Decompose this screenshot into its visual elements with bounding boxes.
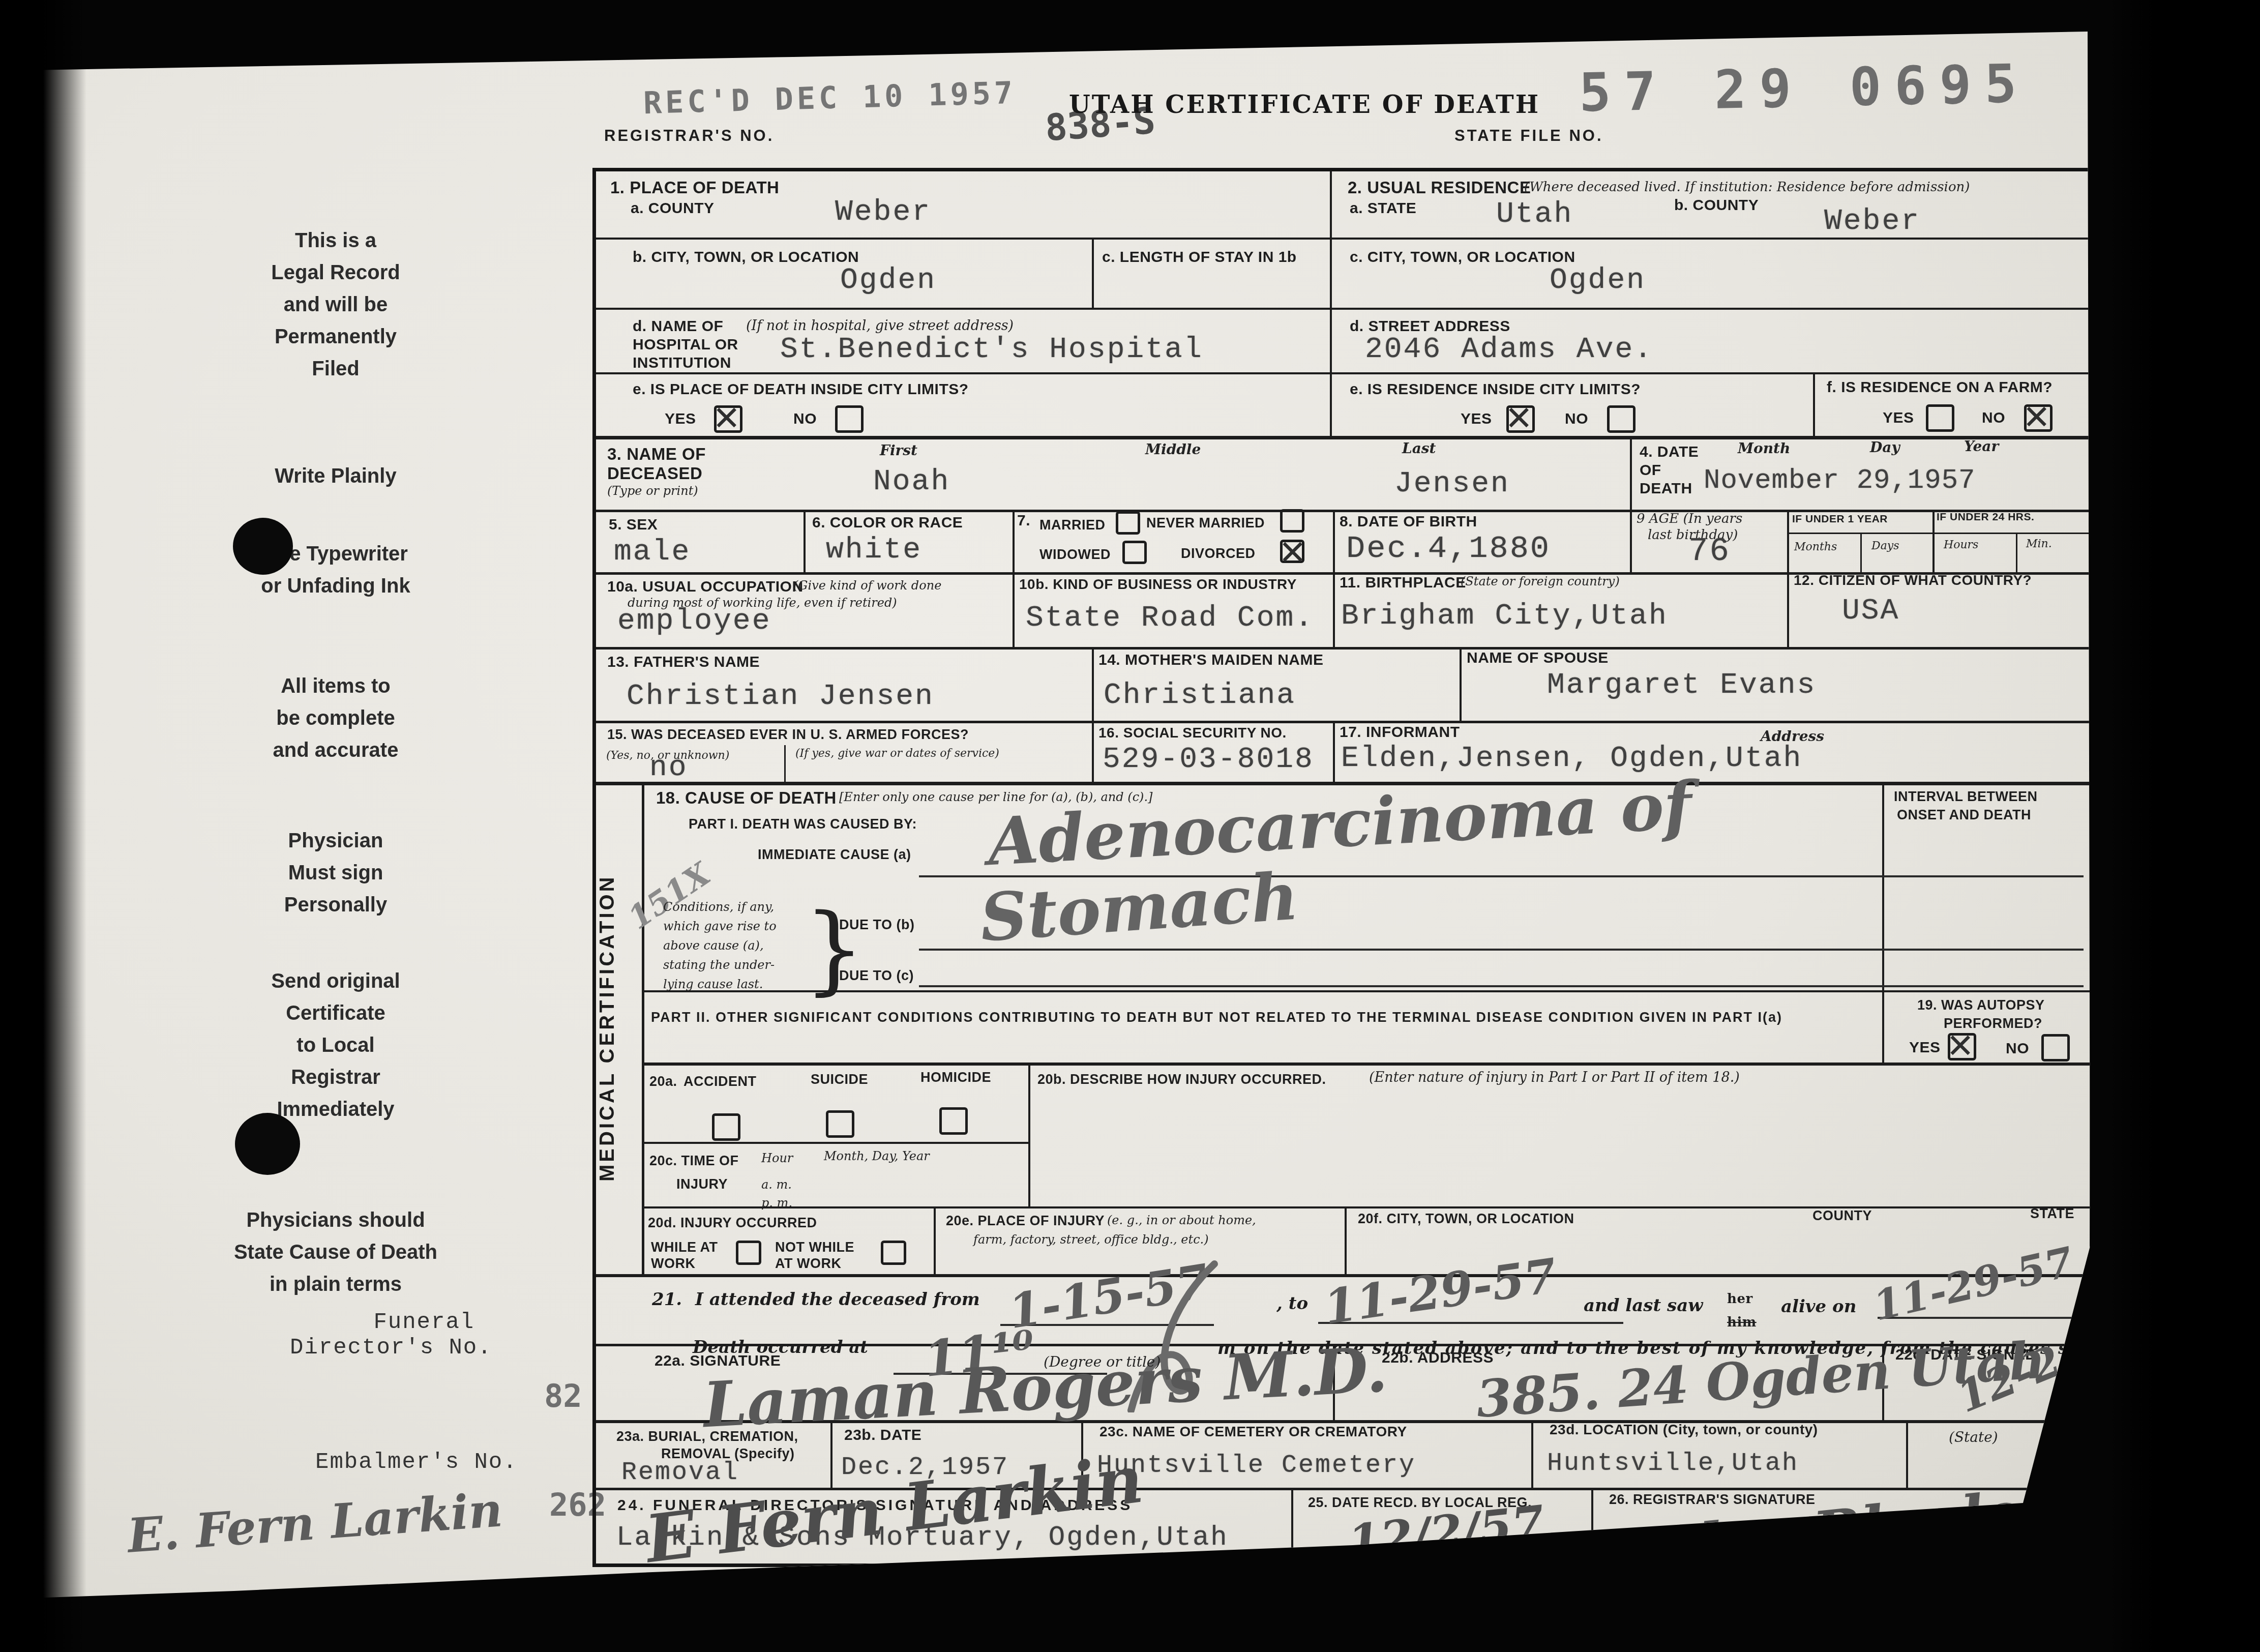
attended-num: 21. — [652, 1289, 682, 1310]
grid-line — [1591, 1488, 1593, 1563]
birthplace-note: (State or foreign country) — [1461, 574, 1620, 588]
cemetery-location-label: 23d. LOCATION (City, town, or county) — [1550, 1422, 1818, 1437]
county-label: a. COUNTY — [631, 200, 715, 217]
no-label: NO — [1565, 410, 1588, 428]
conditions-note-2: which gave rise to — [663, 919, 777, 933]
medical-certification-label: MEDICAL CERTIFICATION — [596, 782, 642, 1274]
hours-header: Hours — [1944, 539, 1978, 551]
res-farm-no-checkbox — [2024, 404, 2053, 432]
last-seen-handwriting: 11-29-57 — [1869, 1237, 2078, 1330]
mother-name-label: 14. MOTHER'S MAIDEN NAME — [1098, 652, 1324, 669]
grid-line — [1345, 1206, 1347, 1274]
last-name-value: Jensen — [1394, 467, 1510, 500]
burial-date-label: 23b. DATE — [844, 1427, 921, 1444]
no-label: NO — [1982, 409, 2005, 427]
date-of-birth-label: 8. DATE OF BIRTH — [1340, 513, 1477, 530]
min-header: Min. — [2026, 538, 2052, 550]
faint-year-stamp: 1957 — [822, 20, 891, 58]
due-to-c-label: DUE TO (c) — [839, 968, 914, 983]
death-city-limits-no-checkbox — [835, 405, 864, 433]
date-of-death-label-3: DEATH — [1640, 480, 1692, 497]
grid-line — [1092, 238, 1094, 308]
margin-send-original: Send original Certificate to Local Regis… — [198, 965, 473, 1126]
business-label: 10b. KIND OF BUSINESS OR INDUSTRY — [1019, 576, 1297, 592]
grid-line — [1813, 372, 1815, 436]
homicide-label: HOMICIDE — [920, 1070, 991, 1085]
first-header: First — [880, 442, 917, 459]
grid-line — [1531, 1420, 1533, 1488]
first-name-value: Noah — [873, 465, 950, 498]
city-label: b. CITY, TOWN, OR LOCATION — [633, 249, 859, 266]
pm-label: p. m. — [761, 1196, 792, 1210]
scanned-photo: 1957 REC'D DEC 10 1957 838-S REGISTRAR'S… — [0, 0, 2260, 1652]
hospital-value: St.Benedict's Hospital — [780, 333, 1203, 366]
under-24-hrs-label: IF UNDER 24 HRS. — [1937, 511, 2034, 523]
burial-label-1: 23a. BURIAL, CREMATION, — [616, 1429, 798, 1444]
due-to-b-label: DUE TO (b) — [839, 917, 915, 932]
occupation-label: 10a. USUAL OCCUPATION — [607, 578, 804, 596]
armed-forces-note-2: (If yes, give war or dates of service) — [795, 747, 999, 760]
injury-state-label: STATE — [2030, 1206, 2074, 1221]
age-value: 76 — [1688, 534, 1731, 570]
color-race-label: 6. COLOR OR RACE — [812, 514, 963, 532]
state-note: (State) — [1949, 1429, 1998, 1445]
homicide-checkbox — [939, 1107, 968, 1135]
am-label: a. m. — [761, 1177, 792, 1192]
accident-label: ACCIDENT — [683, 1074, 757, 1089]
grid-line — [1013, 510, 1015, 572]
never-married-checkbox — [1280, 509, 1304, 533]
res-city-limits-label: e. IS RESIDENCE INSIDE CITY LIMITS? — [1350, 381, 1641, 398]
accident-row-num: 20a. — [649, 1074, 677, 1089]
spouse-value: Margaret Evans — [1547, 669, 1816, 702]
hospital-label-1: d. NAME OF — [633, 318, 723, 335]
state-file-label: STATE FILE NO. — [1454, 127, 1603, 145]
date-of-death-label: 4. DATE — [1640, 444, 1699, 461]
conditions-note-4: stating the under- — [663, 958, 775, 972]
grid-line — [1333, 572, 1335, 647]
yes-label: YES — [665, 410, 696, 428]
margin-typewriter: Use Typewriter or Unfading Ink — [183, 538, 488, 602]
conditions-brace: } — [804, 893, 865, 1005]
grid-line — [596, 782, 2090, 785]
registrar-signature: Arley Rhodes L. — [1621, 1466, 2138, 1588]
place-of-injury-note-1: (e. g., in or about home, — [1107, 1213, 1256, 1227]
describe-injury-note: (Enter nature of injury in Part I or Par… — [1369, 1070, 1740, 1085]
married-label: MARRIED — [1039, 517, 1106, 533]
cemetery-label: 23c. NAME OF CEMETERY OR CREMATORY — [1099, 1424, 1407, 1439]
yes-label: YES — [1883, 409, 1914, 427]
her-label: her — [1727, 1291, 1753, 1307]
grid-line — [1013, 572, 1015, 647]
months-header: Months — [1794, 541, 1837, 553]
hospital-label-2: HOSPITAL OR — [633, 336, 738, 353]
armed-forces-value: no — [649, 751, 688, 784]
citizen-label: 12. CITIZEN OF WHAT COUNTRY? — [1794, 572, 2032, 588]
grid-line — [804, 510, 806, 572]
grid-line — [596, 1274, 2090, 1277]
grid-line — [642, 1063, 2090, 1066]
birthplace-label: 11. BIRTHPLACE — [1340, 574, 1466, 592]
autopsy-no-checkbox — [2041, 1034, 2070, 1061]
informant-value: Elden,Jensen, Ogden,Utah — [1341, 742, 1802, 775]
name-of-deceased-label-2: DECEASED — [607, 464, 702, 483]
res-city-label: c. CITY, TOWN, OR LOCATION — [1350, 249, 1575, 266]
day-header: Day — [1870, 439, 1900, 456]
usual-residence-title: 2. USUAL RESIDENCE — [1348, 179, 1531, 197]
type-or-print-note: (Type or print) — [607, 484, 698, 498]
county-value: Weber — [835, 196, 931, 229]
grid-line — [596, 436, 2090, 439]
grid-line — [934, 1206, 936, 1274]
conditions-note-3: above cause (a), — [663, 938, 764, 953]
mother-name-value: Christiana — [1104, 679, 1296, 712]
suicide-checkbox — [826, 1110, 854, 1138]
grid-line — [1092, 721, 1094, 782]
cause-of-death-title: 18. CAUSE OF DEATH — [656, 789, 837, 808]
length-of-stay-label: c. LENGTH OF STAY IN 1b — [1102, 249, 1297, 266]
grid-line — [1787, 572, 1789, 647]
while-at-work-label-1: WHILE AT — [651, 1240, 718, 1255]
date-of-death-label-2: OF — [1640, 462, 1661, 479]
state-value: Utah — [1496, 198, 1573, 231]
attended-text-1: I attended the deceased from — [695, 1289, 980, 1310]
part1-label: PART I. DEATH WAS CAUSED BY: — [689, 816, 917, 832]
date-of-death-value: November 29,1957 — [1704, 465, 1975, 496]
margin-write-plainly: Write Plainly — [198, 460, 473, 492]
grid-line — [1333, 721, 1335, 782]
ssn-value: 529-03-8018 — [1103, 743, 1314, 776]
color-race-value: white — [826, 534, 922, 567]
name-of-deceased-label: 3. NAME OF — [607, 445, 706, 464]
grid-line — [1630, 436, 1632, 510]
certificate-title: UTAH CERTIFICATE OF DEATH — [1069, 91, 1540, 119]
conditions-note-1: Conditions, if any, — [663, 900, 774, 914]
month-header: Month — [1738, 440, 1790, 457]
res-city-limits-yes-checkbox — [1506, 405, 1535, 433]
address-label: 22b. ADDRESS — [1382, 1349, 1494, 1367]
res-county-value: Weber — [1824, 205, 1920, 238]
part2-label: PART II. OTHER SIGNIFICANT CONDITIONS CO… — [651, 1010, 1782, 1025]
grid-line — [642, 1142, 1028, 1144]
month-day-year-header: Month, Day, Year — [824, 1149, 930, 1163]
birthplace-value: Brigham City,Utah — [1341, 600, 1668, 633]
widowed-label: WIDOWED — [1039, 547, 1111, 562]
no-label: NO — [2006, 1040, 2029, 1057]
last-header: Last — [1402, 440, 1436, 457]
divorced-checkbox — [1280, 540, 1304, 563]
grid-line — [1333, 510, 1335, 572]
place-of-injury-label: 20e. PLACE OF INJURY — [946, 1213, 1105, 1228]
describe-injury-label: 20b. DESCRIBE HOW INJURY OCCURRED. — [1037, 1072, 1326, 1087]
received-date-stamp: REC'D DEC 10 1957 — [643, 75, 1017, 121]
citizen-value: USA — [1842, 595, 1899, 628]
injury-city-label: 20f. CITY, TOWN, OR LOCATION — [1358, 1211, 1574, 1226]
funeral-director-no-label: Funeral Director's No. — [356, 1310, 492, 1361]
margin-physician-sign: Physician Must sign Personally — [198, 825, 473, 921]
father-name-label: 13. FATHER'S NAME — [607, 654, 760, 671]
funeral-director-no-value: 82 — [544, 1377, 582, 1414]
yes-label: YES — [1461, 410, 1492, 428]
res-farm-yes-checkbox — [1926, 404, 1954, 432]
grid-line — [1460, 647, 1462, 721]
grid-line — [1787, 510, 1789, 572]
hospital-label-3: INSTITUTION — [633, 355, 731, 372]
grid-line — [1291, 1488, 1293, 1563]
res-farm-label: f. IS RESIDENCE ON A FARM? — [1827, 379, 2053, 396]
punch-hole — [233, 518, 293, 575]
armed-forces-label: 15. WAS DECEASED EVER IN U. S. ARMED FOR… — [607, 727, 969, 742]
attended-text-4: alive on — [1781, 1296, 1856, 1317]
grid-line — [1787, 533, 2090, 534]
grid-line — [1882, 782, 1884, 1063]
certificate-paper: 1957 REC'D DEC 10 1957 838-S REGISTRAR'S… — [31, 25, 2090, 1628]
grid-line — [1028, 1063, 1030, 1206]
injury-occurred-label: 20d. INJURY OCCURRED — [648, 1215, 817, 1230]
city-value: Ogden — [840, 264, 936, 297]
certificate-form: 1. PLACE OF DEATH a. COUNTY Weber b. CIT… — [592, 168, 2093, 1567]
middle-header: Middle — [1145, 441, 1201, 458]
grid-line — [1092, 647, 1094, 721]
under-1-year-label: IF UNDER 1 YEAR — [1792, 513, 1888, 525]
business-value: State Road Com. — [1026, 602, 1314, 635]
res-county-label: b. COUNTY — [1674, 197, 1759, 214]
state-label: a. STATE — [1350, 200, 1416, 217]
days-header: Days — [1871, 540, 1899, 552]
embalmer-no-label: Embalmer's No. — [315, 1450, 518, 1475]
marital-num: 7. — [1017, 512, 1030, 529]
autopsy-yes-checkbox — [1948, 1033, 1976, 1060]
not-while-at-work-checkbox — [881, 1241, 906, 1265]
time-of-injury-label-1: 20c. TIME OF — [649, 1153, 739, 1168]
attended-text-3: and last saw — [1584, 1295, 1703, 1316]
age-label: 9 AGE (In years — [1637, 511, 1742, 526]
place-of-injury-note-2: farm, factory, street, office bldg., etc… — [973, 1232, 1209, 1247]
cemetery-location-value: Huntsville,Utah — [1547, 1449, 1799, 1478]
immediate-cause-label: IMMEDIATE CAUSE (a) — [758, 847, 911, 862]
divorced-label: DIVORCED — [1181, 546, 1256, 561]
street-address-label: d. STREET ADDRESS — [1350, 318, 1510, 335]
cause-c-line — [919, 985, 2084, 987]
margin-complete: All items to be complete and accurate — [198, 670, 473, 766]
grid-line — [1630, 510, 1632, 572]
occupation-value: employee — [617, 605, 771, 638]
grid-line — [784, 745, 786, 782]
grid-line — [2016, 533, 2017, 572]
grid-line — [1860, 533, 1862, 572]
attended-text-2: , to — [1276, 1293, 1308, 1314]
margin-legal-record: This is a Legal Record and will be Perma… — [198, 225, 473, 385]
ssn-label: 16. SOCIAL SECURITY NO. — [1098, 725, 1287, 741]
not-while-label-1: NOT WHILE — [775, 1240, 854, 1255]
grid-line — [596, 647, 2090, 650]
book-gutter-shadow — [0, 0, 86, 1652]
film-edge — [2107, 0, 2260, 1652]
interval-label-1: INTERVAL BETWEEN — [1894, 789, 2038, 804]
injury-county-label: COUNTY — [1812, 1208, 1872, 1223]
grid-line — [642, 782, 644, 1274]
conditions-note-5: lying cause last. — [663, 977, 763, 991]
married-checkbox — [1116, 511, 1140, 535]
grid-line — [596, 721, 2090, 723]
death-city-limits-yes-checkbox — [714, 405, 742, 433]
street-address-value: 2046 Adams Ave. — [1365, 333, 1653, 366]
spouse-label: NAME OF SPOUSE — [1467, 650, 1609, 667]
hospital-note: (If not in hospital, give street address… — [746, 318, 1014, 334]
grid-line — [596, 308, 2090, 310]
hour-header: Hour — [761, 1151, 793, 1165]
grid-line — [1330, 171, 1332, 436]
while-at-work-checkbox — [736, 1241, 761, 1265]
grid-line — [596, 510, 2090, 512]
while-at-work-label-2: WORK — [651, 1256, 695, 1271]
father-name-value: Christian Jensen — [627, 680, 934, 713]
year-header: Year — [1964, 438, 1999, 455]
margin-plain-terms: Physicians should State Cause of Death i… — [173, 1204, 498, 1301]
interval-label-2: ONSET AND DEATH — [1897, 807, 2031, 822]
occupation-note-1: (Give kind of work done — [793, 578, 941, 593]
state-file-number-stamp: 57 29 0695 — [1579, 52, 2031, 124]
not-while-label-2: AT WORK — [775, 1256, 841, 1271]
cause-b-line — [919, 949, 2084, 951]
never-married-label: NEVER MARRIED — [1146, 515, 1265, 530]
sex-label: 5. SEX — [609, 516, 658, 534]
date-of-birth-value: Dec.4,1880 — [1346, 530, 1551, 567]
registrar-no-label: REGISTRAR'S NO. — [604, 127, 774, 145]
place-of-death-title: 1. PLACE OF DEATH — [610, 179, 779, 197]
no-label: NO — [793, 410, 817, 428]
grid-line — [1932, 510, 1935, 572]
sex-value: male — [614, 536, 691, 569]
burial-value: Removal — [621, 1458, 739, 1487]
grid-line — [1906, 1420, 1908, 1488]
informant-label: 17. INFORMANT — [1340, 724, 1460, 741]
res-city-value: Ogden — [1550, 264, 1646, 297]
suicide-label: SUICIDE — [811, 1072, 868, 1087]
autopsy-label-1: 19. WAS AUTOPSY — [1917, 997, 2045, 1013]
death-city-limits-label: e. IS PLACE OF DEATH INSIDE CITY LIMITS? — [633, 381, 969, 398]
widowed-checkbox — [1122, 541, 1147, 564]
margin-signature: E. Fern Larkin — [126, 1482, 504, 1563]
grid-line — [642, 1206, 2090, 1208]
grid-line — [596, 372, 2090, 374]
usual-residence-note: (Where deceased lived. If institution: R… — [1524, 180, 1970, 195]
time-of-injury-label-2: INJURY — [676, 1176, 728, 1192]
him-label: him — [1727, 1315, 1757, 1330]
cemetery-value: Huntsville Cemetery — [1097, 1451, 1416, 1480]
accident-checkbox — [712, 1113, 740, 1141]
res-city-limits-no-checkbox — [1607, 405, 1635, 433]
yes-label: YES — [1909, 1039, 1941, 1056]
punch-hole — [235, 1113, 300, 1175]
